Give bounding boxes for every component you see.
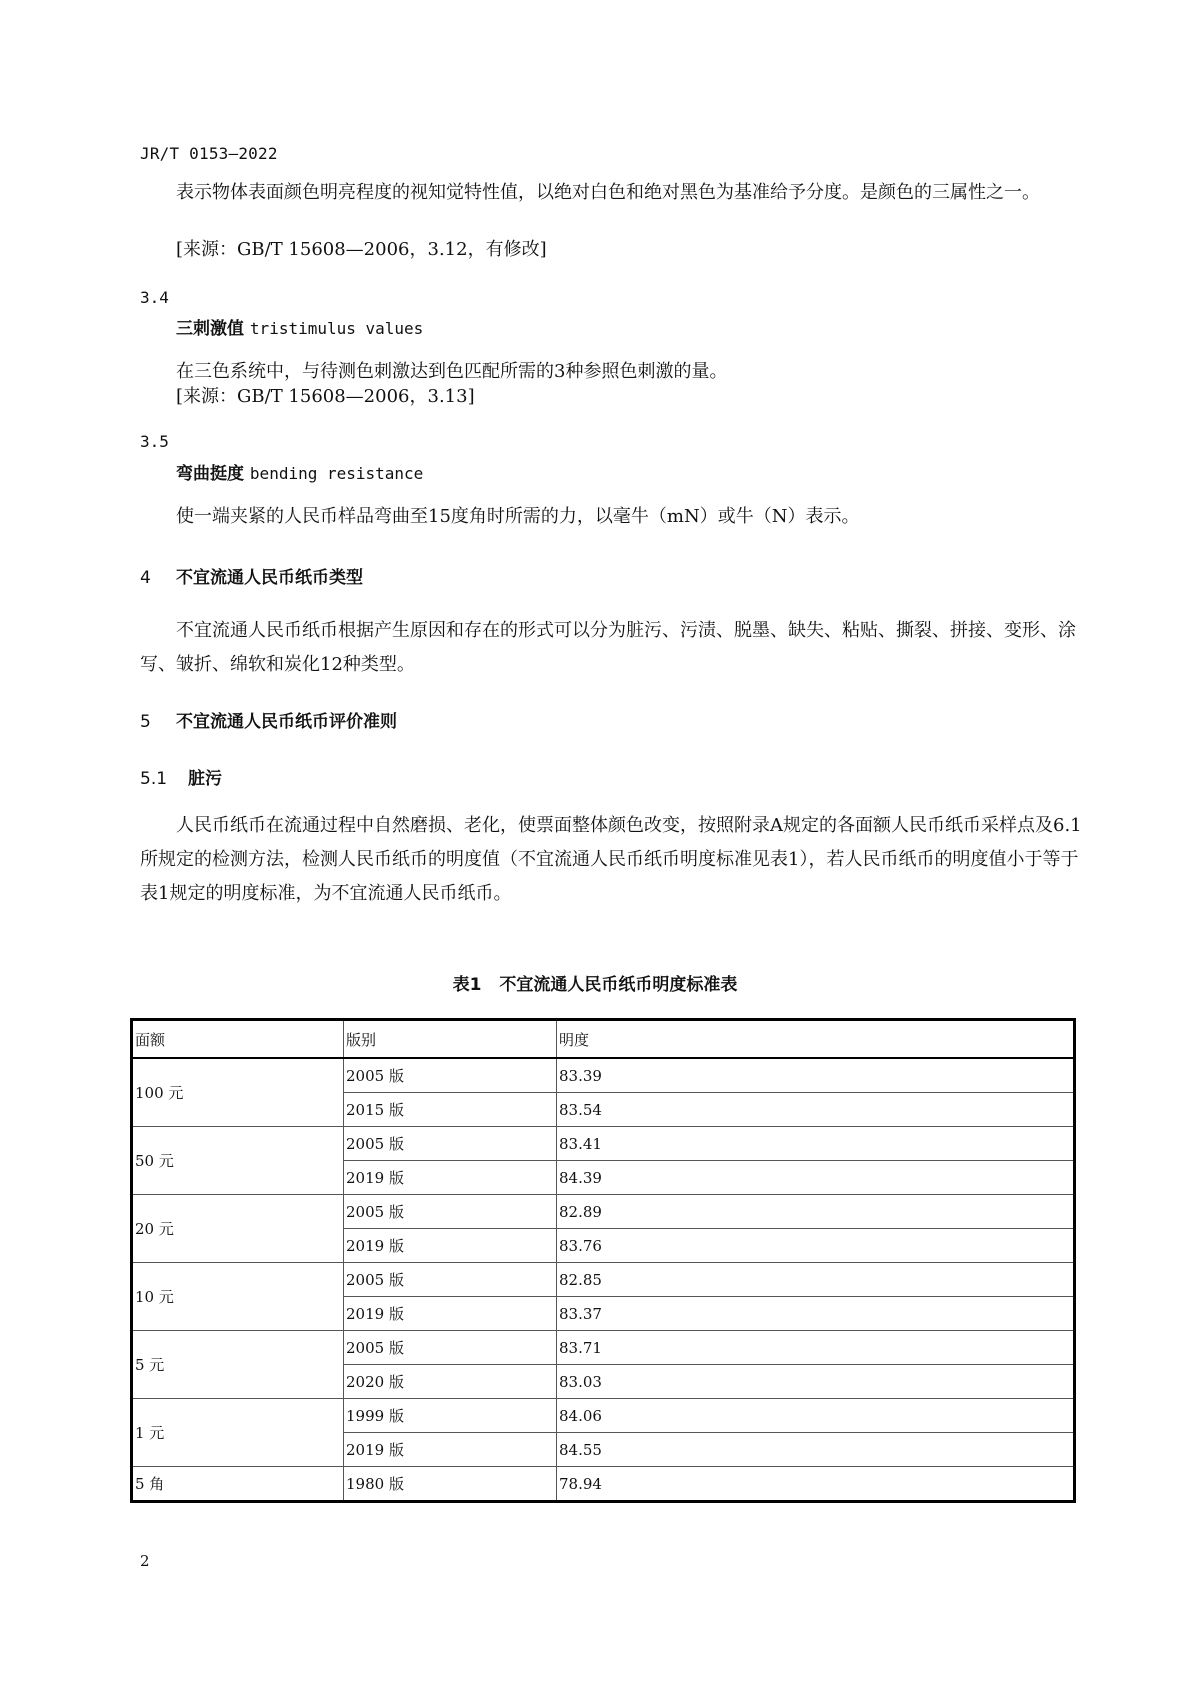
section-5-1-body: 人民币纸币在流通过程中自然磨损、老化，使票面整体颜色改变，按照附录A规定的各面额… (140, 809, 1082, 911)
edition-cell: 1999 版 (344, 1399, 557, 1433)
denomination-cell: 1 元 (132, 1399, 344, 1467)
edition-cell: 2015 版 (344, 1093, 557, 1127)
document-code-header: JR/T 0153—2022 (140, 144, 278, 163)
lightness-source: [来源：GB/T 15608—2006，3.12，有修改] (176, 235, 547, 265)
lightness-cell: 84.39 (557, 1161, 1075, 1195)
table-row: 5 元 2005 版 83.71 (132, 1331, 1075, 1365)
section-4-heading: 4不宜流通人民币纸币类型 (140, 563, 363, 588)
denomination-cell: 5 角 (132, 1467, 344, 1502)
edition-cell: 2005 版 (344, 1058, 557, 1093)
tristimulus-definition: 在三色系统中，与待测色刺激达到色匹配所需的3种参照色刺激的量。 (176, 357, 727, 383)
term-en: tristimulus values (250, 319, 423, 338)
edition-cell: 2005 版 (344, 1331, 557, 1365)
lightness-cell: 82.85 (557, 1263, 1075, 1297)
lightness-standard-table: 面额 版别 明度 100 元 2005 版 83.39 2015 版 83.54… (130, 1018, 1076, 1503)
term-en: bending resistance (250, 464, 423, 483)
section-title: 不宜流通人民币纸币评价准则 (176, 712, 397, 732)
table-number: 表1 (453, 975, 482, 995)
denomination-cell: 50 元 (132, 1127, 344, 1195)
lightness-cell: 83.41 (557, 1127, 1075, 1161)
lightness-cell: 83.37 (557, 1297, 1075, 1331)
lightness-cell: 83.03 (557, 1365, 1075, 1399)
table-1-caption: 表1不宜流通人民币纸币明度标准表 (0, 970, 1190, 995)
header-lightness: 明度 (557, 1020, 1075, 1059)
table-row: 100 元 2005 版 83.39 (132, 1058, 1075, 1093)
term-zh: 三刺激值 (176, 319, 244, 339)
page-number: 2 (140, 1552, 150, 1570)
denomination-cell: 20 元 (132, 1195, 344, 1263)
section-title: 脏污 (188, 769, 222, 789)
denomination-cell: 10 元 (132, 1263, 344, 1331)
lightness-cell: 78.94 (557, 1467, 1075, 1502)
lightness-cell: 84.55 (557, 1433, 1075, 1467)
table-row: 5 角 1980 版 78.94 (132, 1467, 1075, 1502)
edition-cell: 2019 版 (344, 1161, 557, 1195)
edition-cell: 1980 版 (344, 1467, 557, 1502)
bending-resistance-definition: 使一端夹紧的人民币样品弯曲至15度角时所需的力，以毫牛（mN）或牛（N）表示。 (176, 502, 859, 528)
edition-cell: 2019 版 (344, 1297, 557, 1331)
section-4-body: 不宜流通人民币纸币根据产生原因和存在的形式可以分为脏污、污渍、脱墨、缺失、粘贴、… (140, 614, 1082, 682)
lightness-cell: 83.71 (557, 1331, 1075, 1365)
denomination-cell: 100 元 (132, 1058, 344, 1127)
denomination-cell: 5 元 (132, 1331, 344, 1399)
section-number: 5.1 (140, 769, 188, 789)
header-denomination: 面额 (132, 1020, 344, 1059)
term-tristimulus-values: 三刺激值 tristimulus values (176, 314, 423, 339)
edition-cell: 2005 版 (344, 1127, 557, 1161)
table-row: 20 元 2005 版 82.89 (132, 1195, 1075, 1229)
table-title: 不宜流通人民币纸币明度标准表 (499, 975, 737, 995)
table-header-row: 面额 版别 明度 (132, 1020, 1075, 1059)
lightness-cell: 82.89 (557, 1195, 1075, 1229)
edition-cell: 2020 版 (344, 1365, 557, 1399)
clause-number-3-5: 3.5 (140, 432, 169, 451)
clause-number-3-4: 3.4 (140, 288, 169, 307)
term-zh: 弯曲挺度 (176, 464, 244, 484)
lightness-cell: 84.06 (557, 1399, 1075, 1433)
edition-cell: 2005 版 (344, 1263, 557, 1297)
table-row: 50 元 2005 版 83.41 (132, 1127, 1075, 1161)
section-5-heading: 5不宜流通人民币纸币评价准则 (140, 707, 397, 732)
lightness-definition: 表示物体表面颜色明亮程度的视知觉特性值，以绝对白色和绝对黑色为基准给予分度。是颜… (140, 176, 1082, 210)
term-bending-resistance: 弯曲挺度 bending resistance (176, 459, 423, 484)
edition-cell: 2019 版 (344, 1433, 557, 1467)
section-title: 不宜流通人民币纸币类型 (176, 568, 363, 588)
lightness-cell: 83.54 (557, 1093, 1075, 1127)
table-row: 1 元 1999 版 84.06 (132, 1399, 1075, 1433)
edition-cell: 2005 版 (344, 1195, 557, 1229)
lightness-cell: 83.39 (557, 1058, 1075, 1093)
section-5-1-heading: 5.1脏污 (140, 764, 222, 789)
section-number: 5 (140, 712, 176, 732)
header-edition: 版别 (344, 1020, 557, 1059)
tristimulus-source: [来源：GB/T 15608—2006，3.13] (176, 382, 475, 412)
lightness-cell: 83.76 (557, 1229, 1075, 1263)
edition-cell: 2019 版 (344, 1229, 557, 1263)
table-row: 10 元 2005 版 82.85 (132, 1263, 1075, 1297)
section-number: 4 (140, 568, 176, 588)
